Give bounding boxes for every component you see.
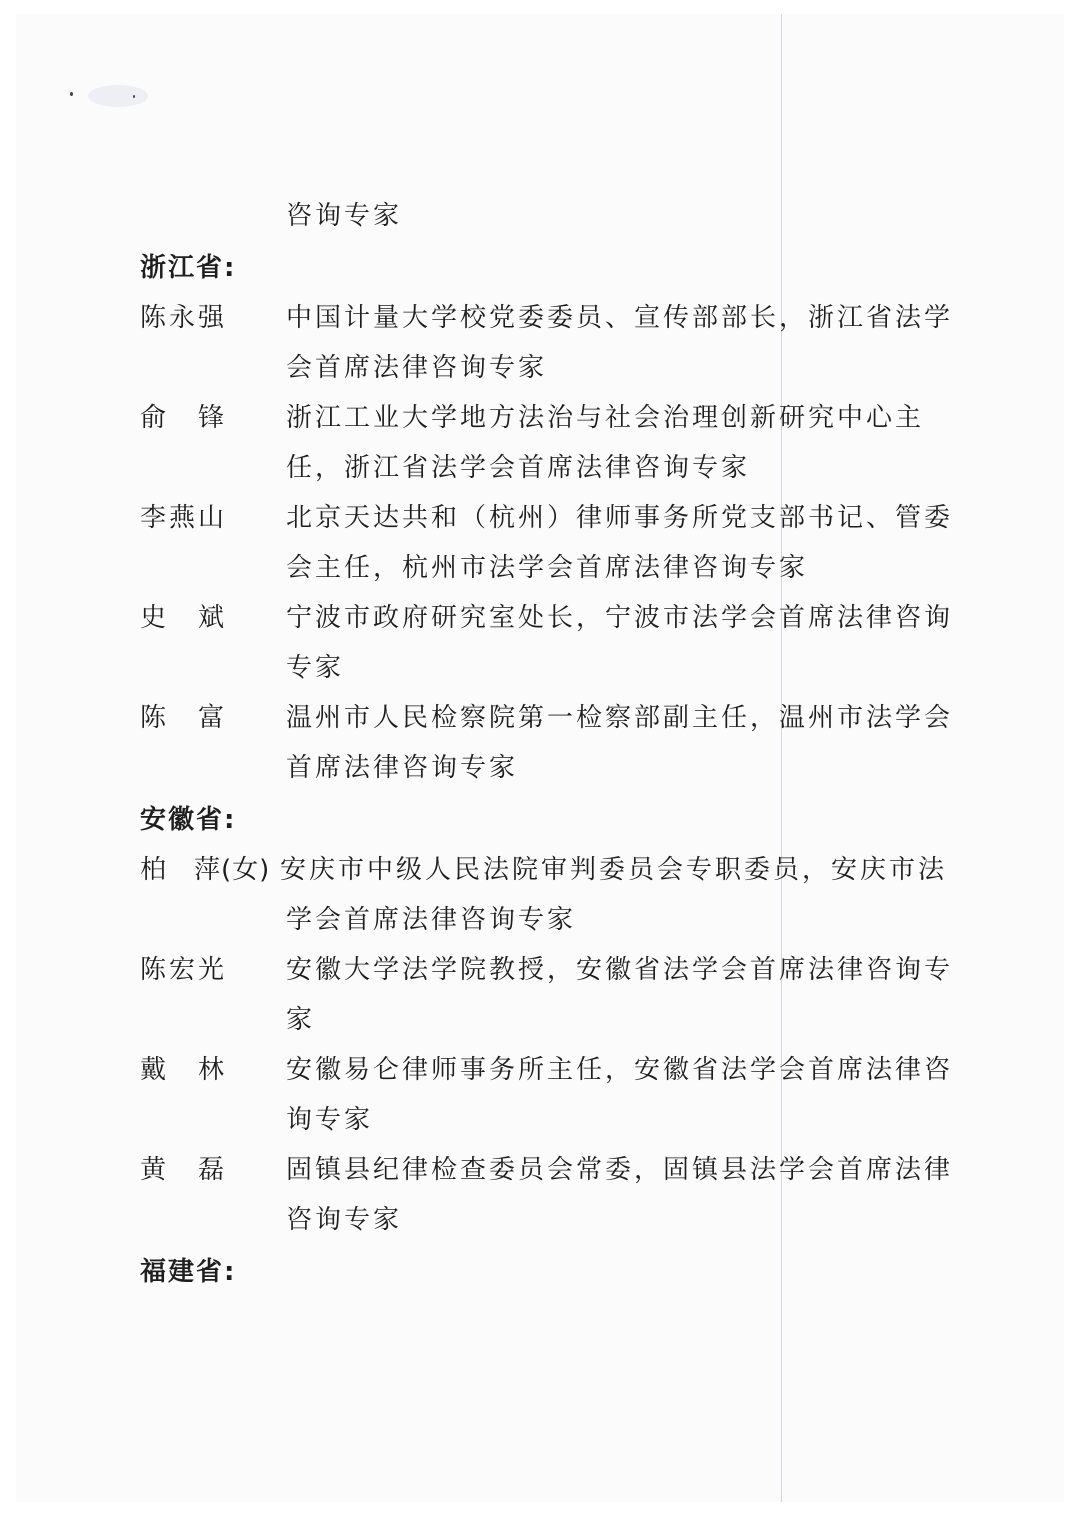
member-name: 柏 萍(女) (140, 854, 270, 886)
member-desc-line: 温州市人民检察院第一检察部副主任，温州市法学会 (286, 702, 953, 734)
member-desc-line: 会主任，杭州市法学会首席法律咨询专家 (286, 552, 808, 584)
member-desc-line: 家 (286, 1004, 315, 1036)
member-desc-line: 咨询专家 (286, 1204, 402, 1236)
scan-speck (70, 92, 73, 96)
member-name: 陈 富 (140, 702, 227, 734)
continuation-text: 咨询专家 (286, 200, 402, 232)
member-desc-line: 中国计量大学校党委委员、宣传部部长，浙江省法学 (286, 302, 953, 334)
member-name: 戴 林 (140, 1054, 227, 1086)
member-desc-line: 北京天达共和（杭州）律师事务所党支部书记、管委 (286, 502, 953, 534)
member-name: 史 斌 (140, 602, 227, 634)
member-desc-line: 任，浙江省法学会首席法律咨询专家 (286, 452, 750, 484)
scan-fold-line (781, 14, 782, 1502)
member-desc-line: 安庆市中级人民法院审判委员会专职委员，安庆市法 (280, 854, 947, 886)
member-name: 黄 磊 (140, 1154, 227, 1186)
member-desc-line: 安徽易仑律师事务所主任，安徽省法学会首席法律咨 (286, 1054, 953, 1086)
member-desc-line: 首席法律咨询专家 (286, 752, 518, 784)
member-desc-line: 宁波市政府研究室处长，宁波市法学会首席法律咨询 (286, 602, 953, 634)
scan-speck (133, 95, 135, 98)
province-heading-anhui: 安徽省: (140, 804, 236, 836)
member-name: 俞 锋 (140, 402, 227, 434)
member-name: 李燕山 (140, 502, 227, 534)
member-desc-line: 安徽大学法学院教授，安徽省法学会首席法律咨询专 (286, 954, 953, 986)
province-heading-zhejiang: 浙江省: (140, 252, 236, 284)
member-desc-line: 专家 (286, 652, 344, 684)
member-desc-line: 学会首席法律咨询专家 (286, 904, 576, 936)
member-desc-line: 固镇县纪律检查委员会常委，固镇县法学会首席法律 (286, 1154, 953, 1186)
member-name: 陈永强 (140, 302, 227, 334)
member-desc-line: 会首席法律咨询专家 (286, 352, 547, 384)
member-desc-line: 询专家 (286, 1104, 373, 1136)
scan-smudge (88, 85, 148, 107)
member-desc-line: 浙江工业大学地方法治与社会治理创新研究中心主 (286, 402, 924, 434)
member-name: 陈宏光 (140, 954, 227, 986)
province-heading-fujian: 福建省: (140, 1256, 236, 1288)
